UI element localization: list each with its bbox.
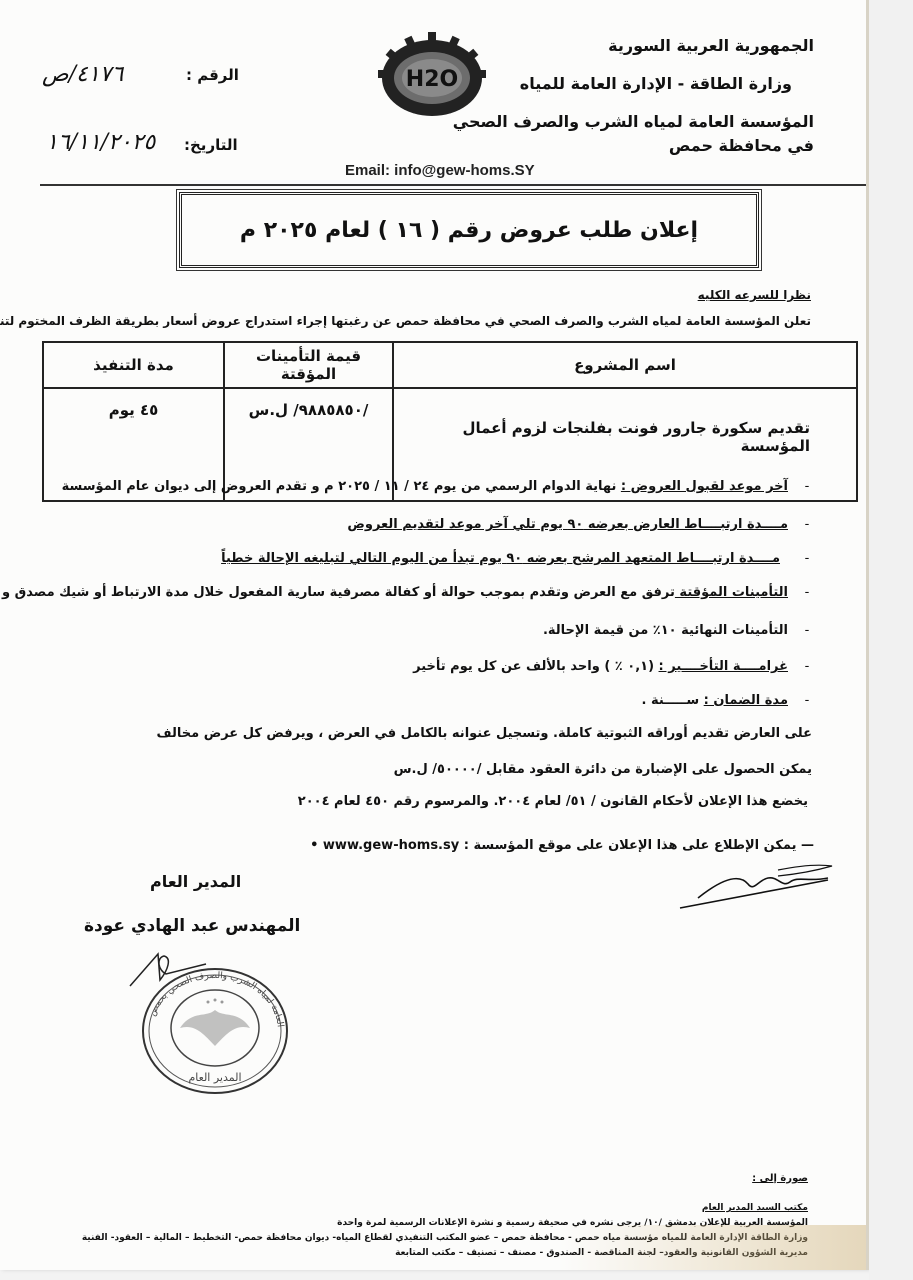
- country-name: الجمهورية العربية السورية: [514, 34, 814, 58]
- table-header-row: اسم المشروع قيمة التأمينات المؤقتة مدة ا…: [43, 342, 857, 388]
- announcement-title: إعلان طلب عروض رقم ( ١٦ ) لعام ٢٠٢٥ م: [240, 218, 698, 243]
- document-page: الجمهورية العربية السورية وزارة الطاقة -…: [0, 0, 869, 1270]
- condition-warranty: -مدة الضمان : ســـــنة .: [641, 694, 814, 707]
- date-label: التاريخ:: [184, 136, 238, 154]
- condition-temp-insurance: -التأمينات المؤقتة ترفق مع العرض وتقدم ب…: [0, 586, 814, 599]
- condition-delay-penalty: -غرامــــة التأخــــير : (٠,١ ٪ ) واحد ب…: [413, 660, 814, 673]
- institution-logo: H2O: [376, 28, 488, 120]
- handwritten-signature-icon: [678, 862, 838, 912]
- header-project-name: اسم المشروع: [393, 342, 857, 388]
- svg-text:H2O: H2O: [406, 67, 458, 92]
- governorate-name: في محافظة حمص: [514, 134, 814, 158]
- condition-final-insurance: -التأمينات النهائية ١٠٪ من قيمة الإحالة.: [543, 624, 814, 637]
- header-duration: مدة التنفيذ: [43, 342, 224, 388]
- ref-number: ٤١٧٦/ص: [42, 62, 123, 87]
- date-value: ١٦/١١/٢٠٢٥: [46, 130, 155, 155]
- announcement-title-box: إعلان طلب عروض رقم ( ١٦ ) لعام ٢٠٢٥ م: [179, 192, 759, 268]
- svg-text:المدير العام: المدير العام: [188, 1071, 241, 1084]
- ref-label: الرقم :: [186, 66, 239, 84]
- email-address[interactable]: Email: info@gew-homs.SY: [345, 162, 535, 179]
- institution-name: المؤسسة العامة لمياه الشرب والصرف الصحي: [514, 110, 814, 134]
- stamp-seal-icon: المؤسسة العامة لمياه الشرب والصرف الصحي …: [140, 966, 290, 1096]
- viewer-background: [869, 0, 913, 1280]
- signatory-title: المدير العام: [150, 872, 241, 891]
- note-documents: على العارض تقديم أوراقه الثبوتية كاملة. …: [157, 726, 812, 741]
- official-stamp: المؤسسة العامة لمياه الشرب والصرف الصحي …: [140, 966, 290, 1096]
- urgent-note: نظرا للسرعه الكليه: [698, 288, 811, 302]
- note-website[interactable]: — يمكن الإطلاع على هذا الإعلان على موقع …: [310, 838, 814, 853]
- header-temp-insurance: قيمة التأمينات المؤقتة: [224, 342, 393, 388]
- condition-deadline: -آخر موعد لقبول العروض : نهاية الدوام ال…: [62, 480, 814, 493]
- condition-bidder-commitment: -مــــدة ارتبــــاط العارض بعرضه ٩٠ يوم …: [347, 518, 814, 531]
- intro-paragraph: تعلن المؤسسة العامة لمياه الشرب والصرف ا…: [0, 314, 811, 328]
- note-file-fee: يمكن الحصول على الإضبارة من دائرة العقود…: [394, 762, 812, 777]
- condition-contractor-commitment: -مــــدة ارتبــــاط المتعهد المرشح بعرضه…: [221, 552, 814, 565]
- signatory-name: المهندس عبد الهادي عودة: [84, 916, 300, 936]
- cc-line: مكتب السيد المدير العام: [702, 1203, 808, 1213]
- gear-logo-icon: H2O: [376, 28, 488, 120]
- paper-stain: [560, 1225, 866, 1270]
- letterhead: الجمهورية العربية السورية وزارة الطاقة -…: [514, 34, 814, 158]
- note-law-reference: يخضع هذا الإعلان لأحكام القانون / ٥١/ لع…: [298, 794, 808, 809]
- cc-label: صورة إلى :: [752, 1173, 808, 1184]
- project-table: اسم المشروع قيمة التأمينات المؤقتة مدة ا…: [42, 341, 858, 502]
- ministry-name: وزارة الطاقة - الإدارة العامة للمياه: [514, 72, 814, 96]
- header-divider: [40, 184, 866, 186]
